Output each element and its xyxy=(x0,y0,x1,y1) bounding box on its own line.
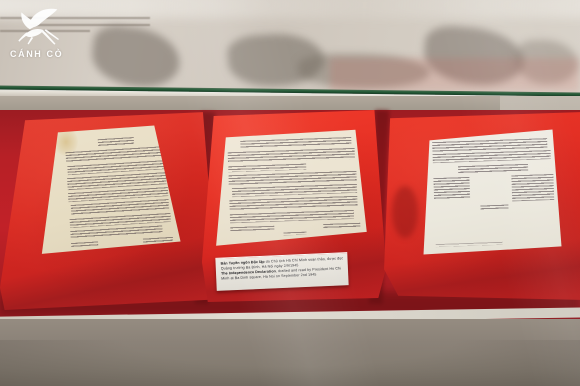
stork-icon xyxy=(12,4,66,50)
brand-text: CÁNH CÒ xyxy=(10,49,63,59)
museum-display-photo: Bản Tuyên ngôn Độc lập do Chủ tịch Hồ Ch… xyxy=(0,0,580,386)
glass-reflection-band xyxy=(0,0,580,98)
typed-text-right xyxy=(432,138,556,251)
typed-text-middle xyxy=(227,136,360,241)
front-panel-vignette xyxy=(0,340,580,386)
reflection-shape xyxy=(89,23,183,91)
watermark: CÁNH CÒ xyxy=(8,4,78,64)
cushion-dark-patch xyxy=(392,186,418,238)
reflection-light-streak xyxy=(0,0,580,18)
reflection-red-tint xyxy=(330,58,580,92)
document-right xyxy=(416,124,566,260)
exhibit-caption-card: Bản Tuyên ngôn Độc lập do Chủ tịch Hồ Ch… xyxy=(215,252,348,291)
document-middle xyxy=(208,126,370,252)
typed-text-left xyxy=(65,135,174,249)
